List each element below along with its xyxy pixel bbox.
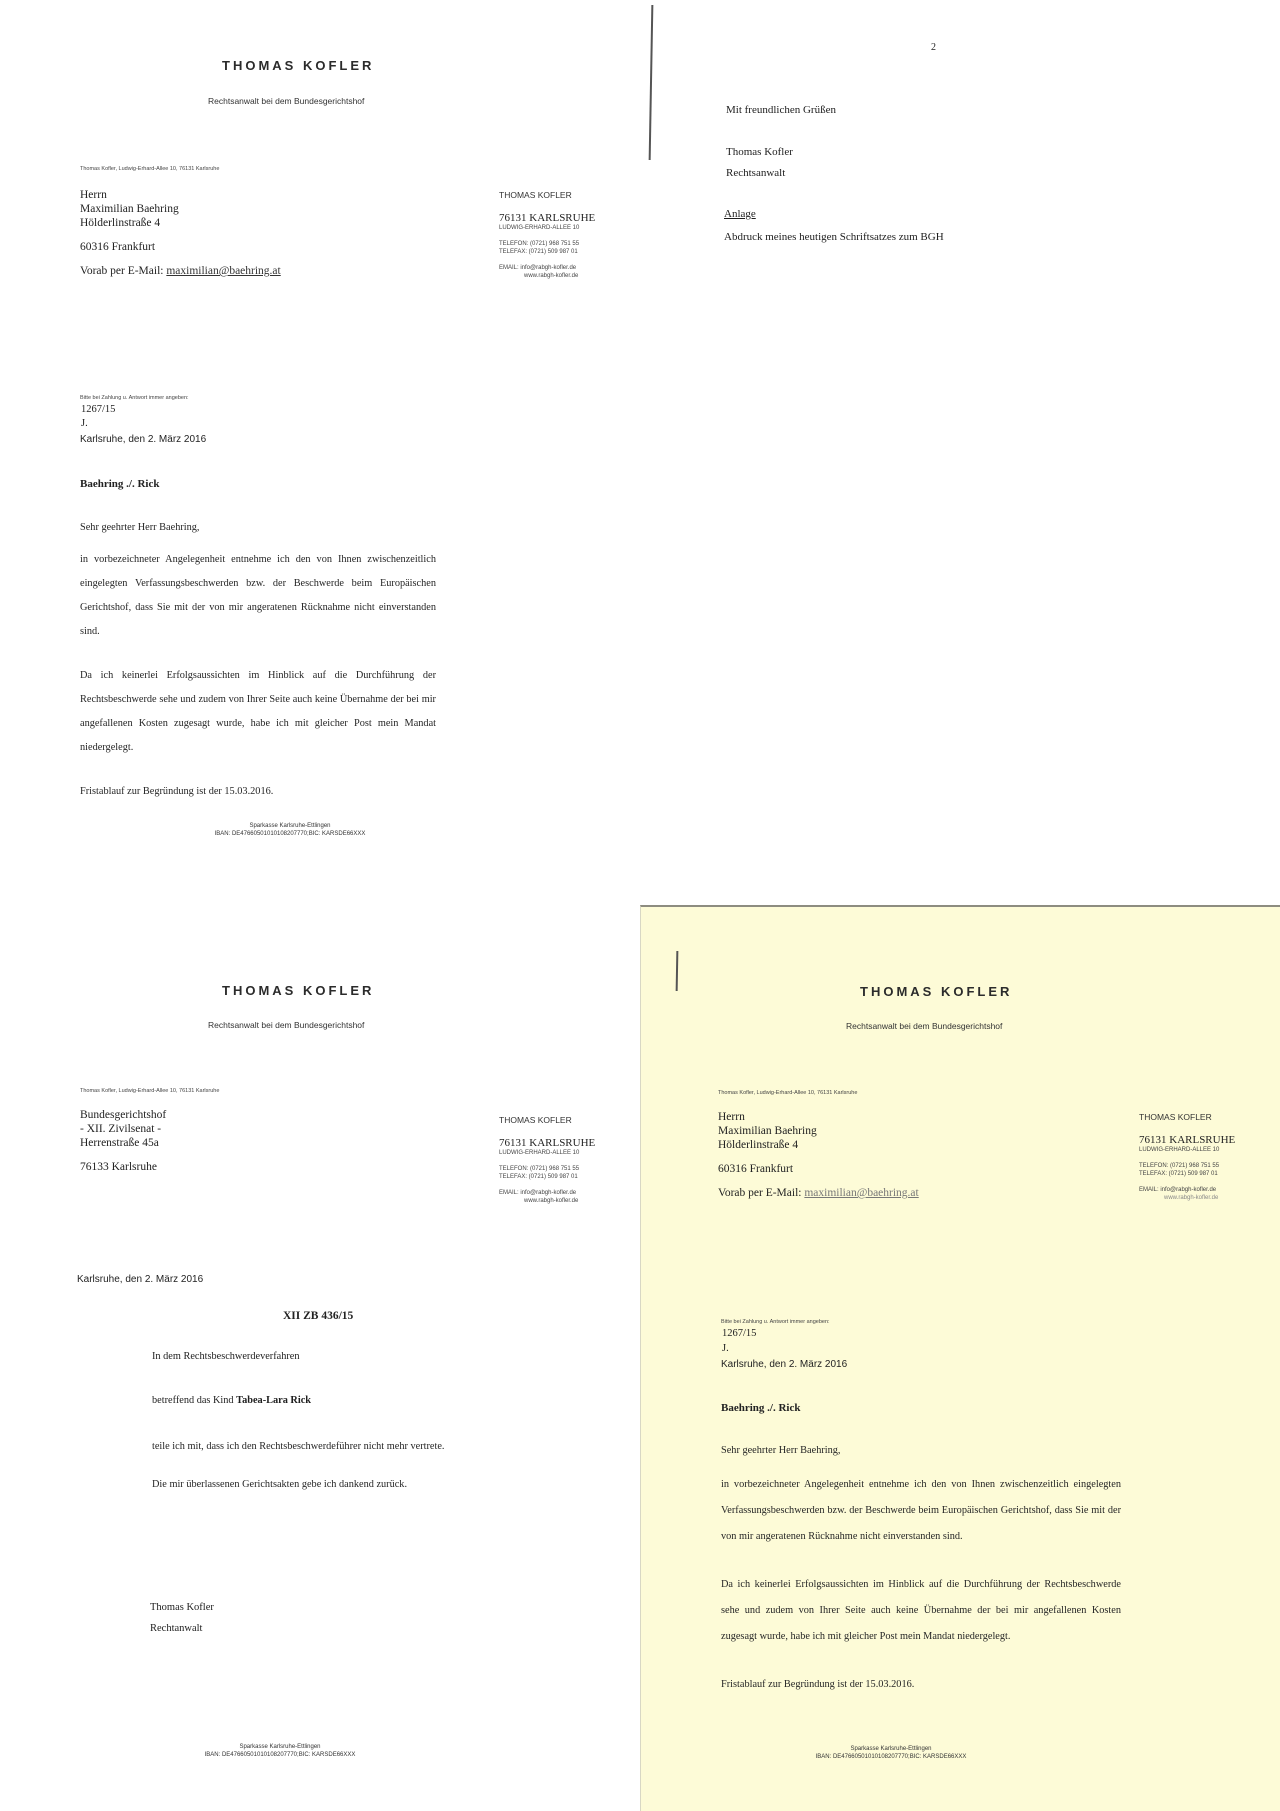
letterhead-name: THOMAS KOFLER: [222, 58, 374, 73]
salutation: Sehr geehrter Herr Baehring,: [721, 1439, 841, 1463]
recipient-address: Herrn Maximilian Baehring Hölderlinstraß…: [718, 1110, 919, 1200]
reference-number: 1267/15: [722, 1328, 756, 1340]
recipient-salutation: Herrn: [80, 188, 281, 202]
paragraph: Da ich keinerlei Erfolgsaussichten im Hi…: [721, 1572, 1121, 1650]
paragraph: in vorbezeichneter Angelegenheit entnehm…: [721, 1472, 1121, 1550]
sidebar-web[interactable]: www.rabgh-kofler.de: [499, 1197, 595, 1205]
letter-date: Karlsruhe, den 2. März 2016: [77, 1274, 203, 1285]
sidebar-city: 76131 KARLSRUHE: [1139, 1134, 1235, 1146]
salutation: Sehr geehrter Herr Baehring,: [80, 516, 200, 540]
paragraph: Da ich keinerlei Erfolgsaussichten im Hi…: [80, 664, 436, 760]
letter-client-page-2: 2 Mit freundlichen Grüßen Thomas Kofler …: [640, 0, 1280, 900]
signer-title: Rechtsanwalt: [726, 167, 785, 179]
recipient-street: Hölderlinstraße 4: [718, 1138, 919, 1152]
letterhead-subtitle: Rechtsanwalt bei dem Bundesgerichtshof: [846, 1021, 1002, 1031]
page-number: 2: [931, 42, 936, 53]
sidebar-fax: TELEFAX: (0721) 509 987 01: [499, 1173, 595, 1181]
bank-name: Sparkasse Karlsruhe-Ettlingen: [781, 1745, 1001, 1753]
concerning-line: betreffend das Kind Tabea-Lara Rick: [152, 1395, 311, 1406]
sender-line: Thomas Kofler, Ludwig-Erhard-Allee 10, 7…: [80, 166, 219, 172]
sidebar-name: THOMAS KOFLER: [499, 1115, 595, 1125]
letterhead-name: THOMAS KOFLER: [860, 984, 1012, 999]
recipient-name: Maximilian Baehring: [80, 202, 281, 216]
sidebar-phone: TELEFON: (0721) 968 751 55: [499, 240, 595, 248]
letterhead-subtitle: Rechtsanwalt bei dem Bundesgerichtshof: [208, 96, 364, 106]
paragraph-deadline: Fristablauf zur Begründung ist der 15.03…: [721, 1672, 1121, 1698]
paragraph-deadline: Fristablauf zur Begründung ist der 15.03…: [80, 780, 436, 804]
reference-initial: J.: [81, 418, 88, 430]
sidebar-phone: TELEFON: (0721) 968 751 55: [499, 1165, 595, 1173]
sidebar-phone: TELEFON: (0721) 968 751 55: [1139, 1162, 1235, 1170]
sidebar-city: 76131 KARLSRUHE: [499, 1137, 595, 1149]
sender-line: Thomas Kofler, Ludwig-Erhard-Allee 10, 7…: [718, 1090, 857, 1096]
recipient-city: 60316 Frankfurt: [718, 1162, 919, 1176]
sidebar-contact: THOMAS KOFLER 76131 KARLSRUHE LUDWIG-ERH…: [1139, 1112, 1235, 1202]
sidebar-name: THOMAS KOFLER: [1139, 1112, 1235, 1122]
proceedings-line: In dem Rechtsbeschwerdeverfahren: [152, 1351, 300, 1362]
letter-date: Karlsruhe, den 2. März 2016: [80, 434, 206, 445]
concerning-prefix: betreffend das Kind: [152, 1395, 236, 1406]
reference-label: Bitte bei Zahlung u. Antwort immer angeb…: [721, 1319, 830, 1325]
letter-subject: Baehring ./. Rick: [721, 1402, 800, 1414]
sidebar-contact: THOMAS KOFLER 76131 KARLSRUHE LUDWIG-ERH…: [499, 1115, 595, 1205]
attachment-label: Anlage: [724, 208, 756, 220]
letter-client-copy-page: THOMAS KOFLER Rechtsanwalt bei dem Bunde…: [640, 905, 1280, 1811]
sidebar-email[interactable]: EMAIL: info@rabgh-kofler.de: [1139, 1186, 1235, 1194]
letter-client-page-1: THOMAS KOFLER Rechtsanwalt bei dem Bunde…: [0, 0, 640, 900]
letter-body: in vorbezeichneter Angelegenheit entnehm…: [721, 1472, 1121, 1698]
attachment-text: Abdruck meines heutigen Schriftsatzes zu…: [724, 231, 944, 243]
reference-number: 1267/15: [81, 404, 115, 416]
closing: Mit freundlichen Grüßen: [726, 104, 836, 116]
sidebar-street: LUDWIG-ERHARD-ALLEE 10: [1139, 1146, 1235, 1154]
email-line: Vorab per E-Mail: maximilian@baehring.at: [718, 1186, 919, 1200]
recipient-street: Hölderlinstraße 4: [80, 216, 281, 230]
email-line: Vorab per E-Mail: maximilian@baehring.at: [80, 264, 281, 278]
signer-name: Thomas Kofler: [726, 146, 793, 158]
sidebar-fax: TELEFAX: (0721) 509 987 01: [1139, 1170, 1235, 1178]
scan-mark-line: [676, 951, 678, 991]
sidebar-street: LUDWIG-ERHARD-ALLEE 10: [499, 224, 595, 232]
letter-court-page: THOMAS KOFLER Rechtsanwalt bei dem Bunde…: [0, 905, 640, 1811]
sidebar-street: LUDWIG-ERHARD-ALLEE 10: [499, 1149, 595, 1157]
recipient-senate: - XII. Zivilsenat -: [80, 1122, 166, 1136]
bank-name: Sparkasse Karlsruhe-Ettlingen: [190, 822, 390, 830]
bank-footer: Sparkasse Karlsruhe-Ettlingen IBAN: DE47…: [190, 822, 390, 838]
bank-iban: IBAN: DE47660501010108207770;BIC: KARSDE…: [180, 1751, 380, 1759]
letter-subject: Baehring ./. Rick: [80, 478, 159, 490]
email-prefix: Vorab per E-Mail:: [718, 1187, 804, 1199]
email-prefix: Vorab per E-Mail:: [80, 265, 166, 277]
bank-footer: Sparkasse Karlsruhe-Ettlingen IBAN: DE47…: [180, 1743, 380, 1759]
signer-name: Thomas Kofler: [150, 1602, 214, 1613]
signer-title: Rechtanwalt: [150, 1623, 202, 1634]
child-name: Tabea-Lara Rick: [236, 1395, 311, 1406]
email-link[interactable]: maximilian@baehring.at: [166, 265, 280, 277]
paragraph: in vorbezeichneter Angelegenheit entnehm…: [80, 548, 436, 644]
letterhead-subtitle: Rechtsanwalt bei dem Bundesgerichtshof: [208, 1020, 364, 1030]
sidebar-fax: TELEFAX: (0721) 509 987 01: [499, 248, 595, 256]
letter-date: Karlsruhe, den 2. März 2016: [721, 1359, 847, 1370]
paragraph: Die mir überlassenen Gerichtsakten gebe …: [152, 1473, 497, 1497]
recipient-name: Maximilian Baehring: [718, 1124, 919, 1138]
bank-name: Sparkasse Karlsruhe-Ettlingen: [180, 1743, 380, 1751]
recipient-city: 60316 Frankfurt: [80, 240, 281, 254]
recipient-salutation: Herrn: [718, 1110, 919, 1124]
bank-iban: IBAN: DE47660501010108207770;BIC: KARSDE…: [781, 1753, 1001, 1761]
letter-body: teile ich mit, dass ich den Rechtsbeschw…: [152, 1435, 497, 1497]
recipient-court: Bundesgerichtshof: [80, 1108, 166, 1122]
sidebar-email[interactable]: EMAIL: info@rabgh-kofler.de: [499, 264, 595, 272]
recipient-street: Herrenstraße 45a: [80, 1136, 166, 1150]
email-link[interactable]: maximilian@baehring.at: [804, 1187, 918, 1199]
sender-line: Thomas Kofler, Ludwig-Erhard-Allee 10, 7…: [80, 1088, 219, 1094]
paragraph: teile ich mit, dass ich den Rechtsbeschw…: [152, 1435, 497, 1459]
recipient-city: 76133 Karlsruhe: [80, 1160, 166, 1174]
sidebar-city: 76131 KARLSRUHE: [499, 212, 595, 224]
recipient-address: Herrn Maximilian Baehring Hölderlinstraß…: [80, 188, 281, 278]
letterhead-name: THOMAS KOFLER: [222, 983, 374, 998]
bank-footer: Sparkasse Karlsruhe-Ettlingen IBAN: DE47…: [781, 1745, 1001, 1761]
sidebar-contact: THOMAS KOFLER 76131 KARLSRUHE LUDWIG-ERH…: [499, 190, 595, 280]
case-number: XII ZB 436/15: [283, 1310, 353, 1322]
reference-label: Bitte bei Zahlung u. Antwort immer angeb…: [80, 395, 189, 401]
bank-iban: IBAN: DE47660501010108207770;BIC: KARSDE…: [190, 830, 390, 838]
sidebar-email[interactable]: EMAIL: info@rabgh-kofler.de: [499, 1189, 595, 1197]
sidebar-web[interactable]: www.rabgh-kofler.de: [1139, 1194, 1235, 1202]
reference-initial: J.: [722, 1343, 729, 1355]
letter-body: in vorbezeichneter Angelegenheit entnehm…: [80, 548, 436, 804]
recipient-address: Bundesgerichtshof - XII. Zivilsenat - He…: [80, 1108, 166, 1174]
sidebar-name: THOMAS KOFLER: [499, 190, 595, 200]
sidebar-web[interactable]: www.rabgh-kofler.de: [499, 272, 595, 280]
